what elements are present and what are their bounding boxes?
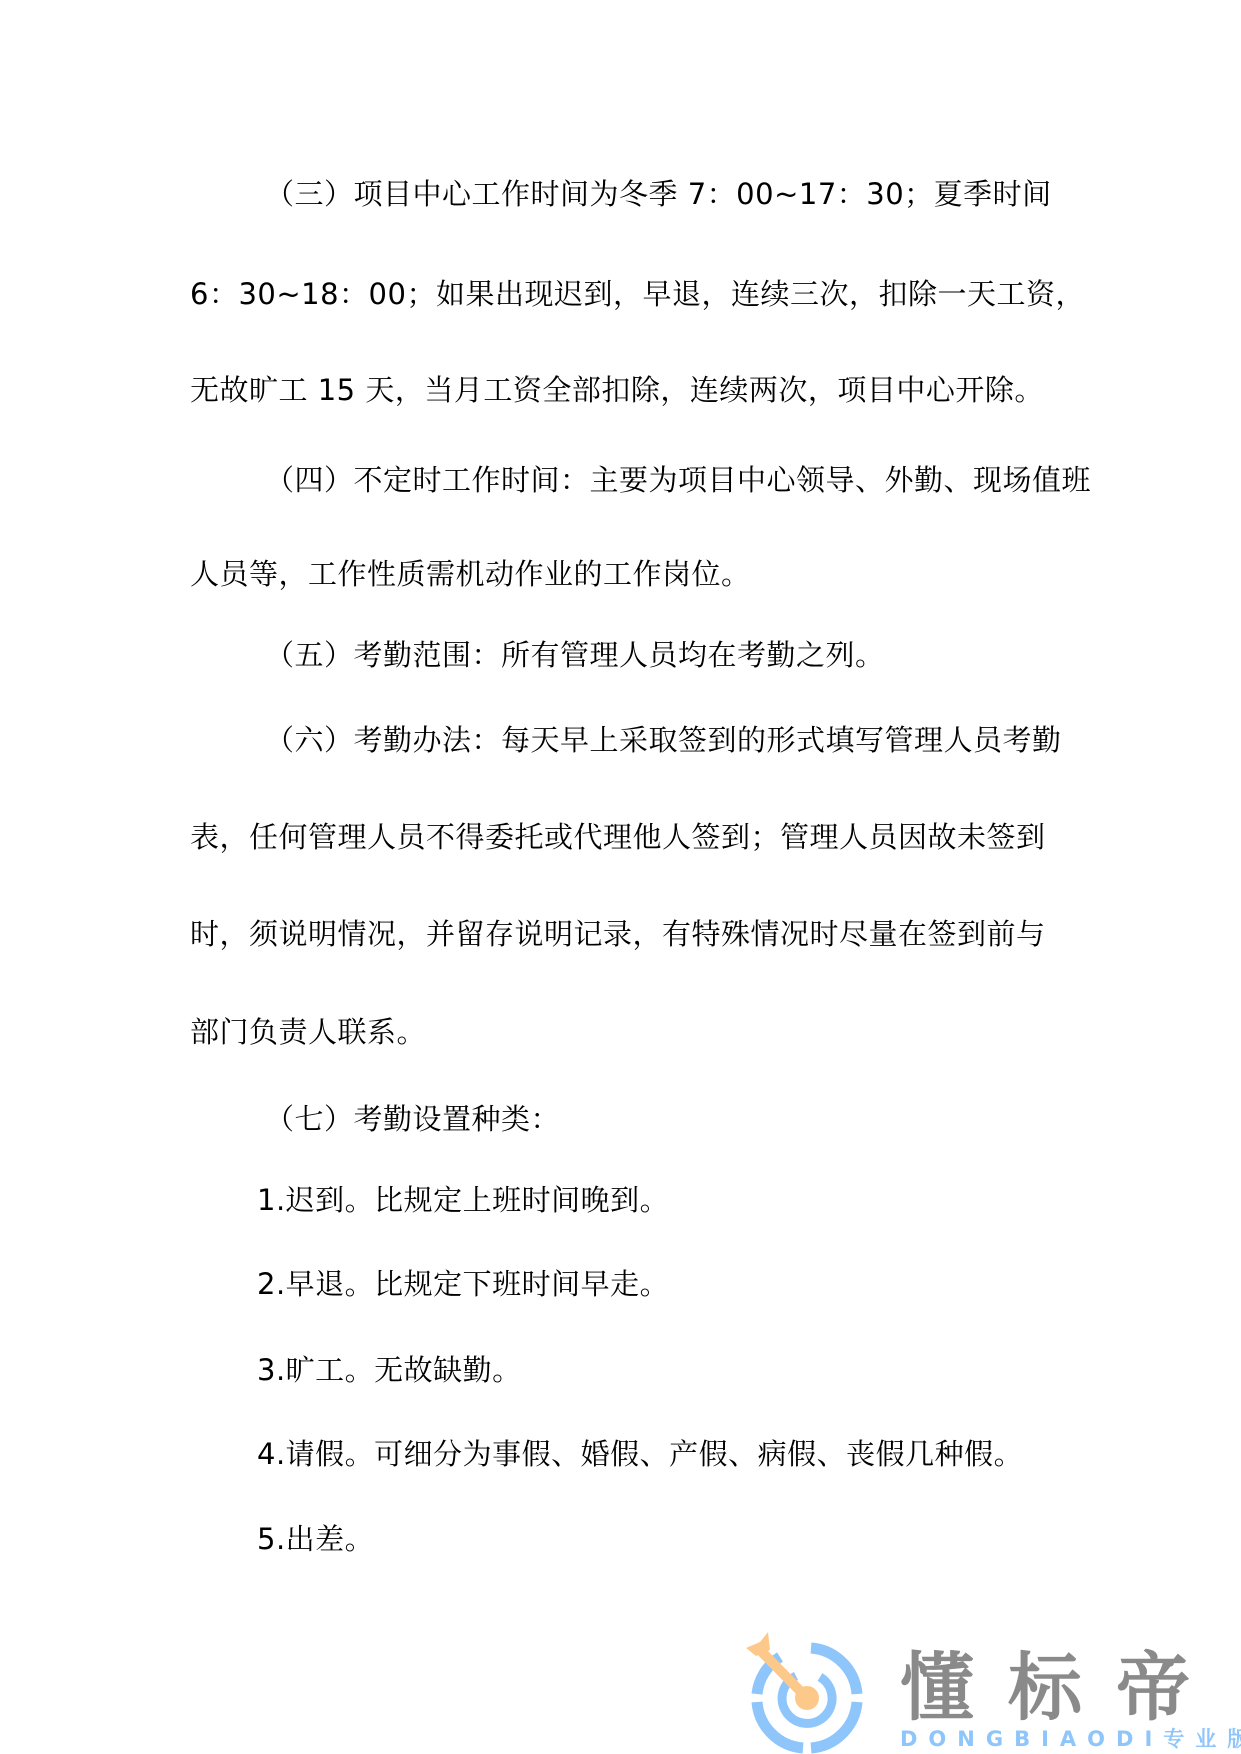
list-item-3: 3.旷工。无故缺勤。 — [257, 1352, 522, 1388]
list-item-5: 5.出差。 — [257, 1521, 374, 1557]
paragraph-7-heading: （七）考勤设置种类： — [265, 1101, 560, 1137]
watermark-logo: 懂标帝 DONGBIAODI专业版 — [740, 1630, 1241, 1754]
paragraph-3-line-1: （三）项目中心工作时间为冬季 7：00~17：30；夏季时间 — [265, 176, 1052, 212]
paragraph-4-line-1: （四）不定时工作时间：主要为项目中心领导、外勤、现场值班 — [265, 462, 1091, 498]
target-arrow-icon — [740, 1630, 880, 1754]
list-item-2: 2.早退。比规定下班时间早走。 — [257, 1266, 669, 1302]
document-page: （三）项目中心工作时间为冬季 7：00~17：30；夏季时间 6：30~18：0… — [0, 0, 1241, 1754]
paragraph-6-line-2: 表，任何管理人员不得委托或代理他人签到；管理人员因故未签到 — [190, 819, 1046, 855]
paragraph-3-line-3: 无故旷工 15 天，当月工资全部扣除，连续两次，项目中心开除。 — [190, 372, 1044, 408]
paragraph-3-line-2: 6：30~18：00；如果出现迟到，早退，连续三次，扣除一天工资， — [190, 276, 1085, 312]
list-item-4: 4.请假。可细分为事假、婚假、产假、病假、丧假几种假。 — [257, 1436, 1023, 1472]
paragraph-6-line-1: （六）考勤办法：每天早上采取签到的形式填写管理人员考勤 — [265, 722, 1062, 758]
list-item-1: 1.迟到。比规定上班时间晚到。 — [257, 1182, 669, 1218]
brand-name: 懂标帝 — [900, 1648, 1224, 1728]
paragraph-4-line-2: 人员等，工作性质需机动作业的工作岗位。 — [190, 556, 751, 592]
brand-subtitle: DONGBIAODI专业版 — [900, 1727, 1241, 1751]
paragraph-5-line-1: （五）考勤范围：所有管理人员均在考勤之列。 — [265, 637, 885, 673]
paragraph-6-line-4: 部门负责人联系。 — [190, 1014, 426, 1050]
paragraph-6-line-3: 时，须说明情况，并留存说明记录，有特殊情况时尽量在签到前与 — [190, 916, 1046, 952]
